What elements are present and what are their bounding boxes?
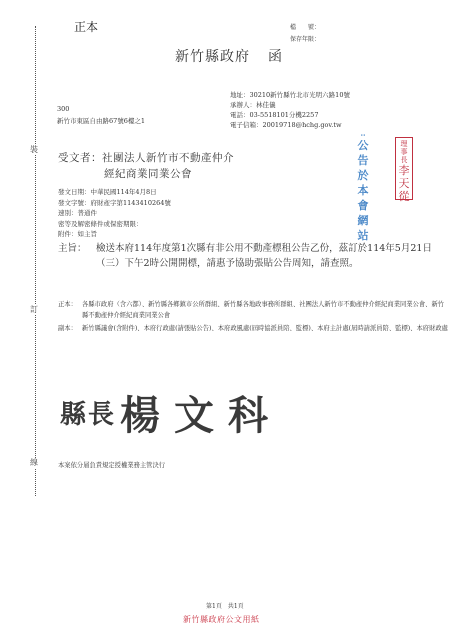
delivery-speed: 速別：普通件 [58,208,171,219]
street-address: 新竹市東區自由路67號6樓之1 [57,115,145,127]
distribution: 正本： 各縣市政府（含六都）、新竹縣各鄉鎮市公所群組、新竹縣各地政事務所群組、社… [58,300,448,338]
binding-char-ding: 訂 [30,305,38,315]
binding-line [35,26,36,496]
file-number-label: 檔 號： [290,22,320,34]
recipient-address: 300 新竹市東區自由路67號6樓之1 [57,103,145,127]
retention-period-label: 保存年限： [290,34,320,46]
issuer-name: 新竹縣政府 [175,49,250,65]
letterhead-footer: 新竹縣政府公文用紙 [183,614,260,625]
received-stamp: ‧‧ 公 告 於 本 會 網 站 [356,132,370,243]
signature-name: 楊文科 [120,392,282,439]
document-number: 發文字號：府財產字第1143410264號 [58,198,171,209]
binding-char-xian: 線 [30,458,38,468]
page-indicator: 第1頁 共1頁 [206,601,244,610]
copy-recipients: 副本： 新竹縣議會(含附件)、本府行政處(請張貼公告)、本府政風處(屆時協派員陪… [58,324,448,335]
original-text: 各縣市政府（含六都）、新竹縣各鄉鎮市公所群組、新竹縣各地政事務所群組、社團法人新… [82,301,444,319]
recipient-label: 受文者： [58,152,102,164]
copy-label: 副本： [58,324,77,335]
stamp-char: 於 [356,168,370,183]
subject: 主旨： 檢送本府114年度第1次縣有非公用不動產標租公告乙份，茲訂於114年5月… [58,241,438,271]
attachment: 附件：如主旨 [58,229,171,240]
contact-email: 電子信箱：20019718@hchg.gov.tw [230,120,350,130]
stamp-char: 告 [356,153,370,168]
seal-char: 理 [396,140,412,148]
document-title: 新竹縣政府函 [175,46,283,66]
seal-char: 事 [396,148,412,156]
delegation-note: 本案依分層負責規定授權業務主管決行 [58,460,165,469]
issue-date: 發文日期：中華民國114年4月8日 [58,187,171,198]
original-label: 正本： [58,300,77,311]
postal-code: 300 [57,103,145,115]
contact-phone: 電話：03-5518101分機2257 [230,110,350,120]
stamp-char: 公 [356,138,370,153]
secrecy-level: 密等及解密條件或保密期限： [58,219,171,230]
contact-officer: 承辦人：林佳儀 [230,100,350,110]
signature-role: 縣長 [60,400,116,430]
contact-info: 地址：30210新竹縣竹北市光明六路10號 承辦人：林佳儀 電話：03-5518… [230,90,350,130]
seal-char: 從 [396,190,412,203]
file-meta: 檔 號： 保存年限： [290,22,320,46]
recipient-name-line2: 經紀商業同業公會 [58,166,234,182]
recipient-name-line1: 社團法人新竹市不動產仲介 [102,152,234,164]
stamp-char: 本 [356,183,370,198]
contact-address: 地址：30210新竹縣竹北市光明六路10號 [230,90,350,100]
seal-char: 李 [396,164,412,177]
copy-text: 新竹縣議會(含附件)、本府行政處(請張貼公告)、本府政風處(屆時協派員陪、監標)… [82,325,448,332]
seal-char: 長 [396,156,412,164]
subject-text: 檢送本府114年度第1次縣有非公用不動產標租公告乙份，茲訂於114年5月21日（… [96,241,438,271]
stamp-char: 會 [356,198,370,213]
document-meta: 發文日期：中華民國114年4月8日 發文字號：府財產字第1143410264號 … [58,187,171,240]
copy-type-label: 正本 [74,18,98,35]
subject-label: 主旨： [58,241,87,256]
seal-char: 天 [396,177,412,190]
document-kind: 函 [268,49,283,65]
original-recipients: 正本： 各縣市政府（含六都）、新竹縣各鄉鎮市公所群組、新竹縣各地政事務所群組、社… [58,300,448,321]
chairman-seal: 理 事 長 李 天 從 [395,137,413,200]
signature: 縣長楊文科 [60,384,282,441]
stamp-char: 網 [356,213,370,228]
recipient: 受文者：社團法人新竹市不動產仲介 經紀商業同業公會 [58,150,234,182]
binding-char-zhuang: 裝 [30,145,38,155]
